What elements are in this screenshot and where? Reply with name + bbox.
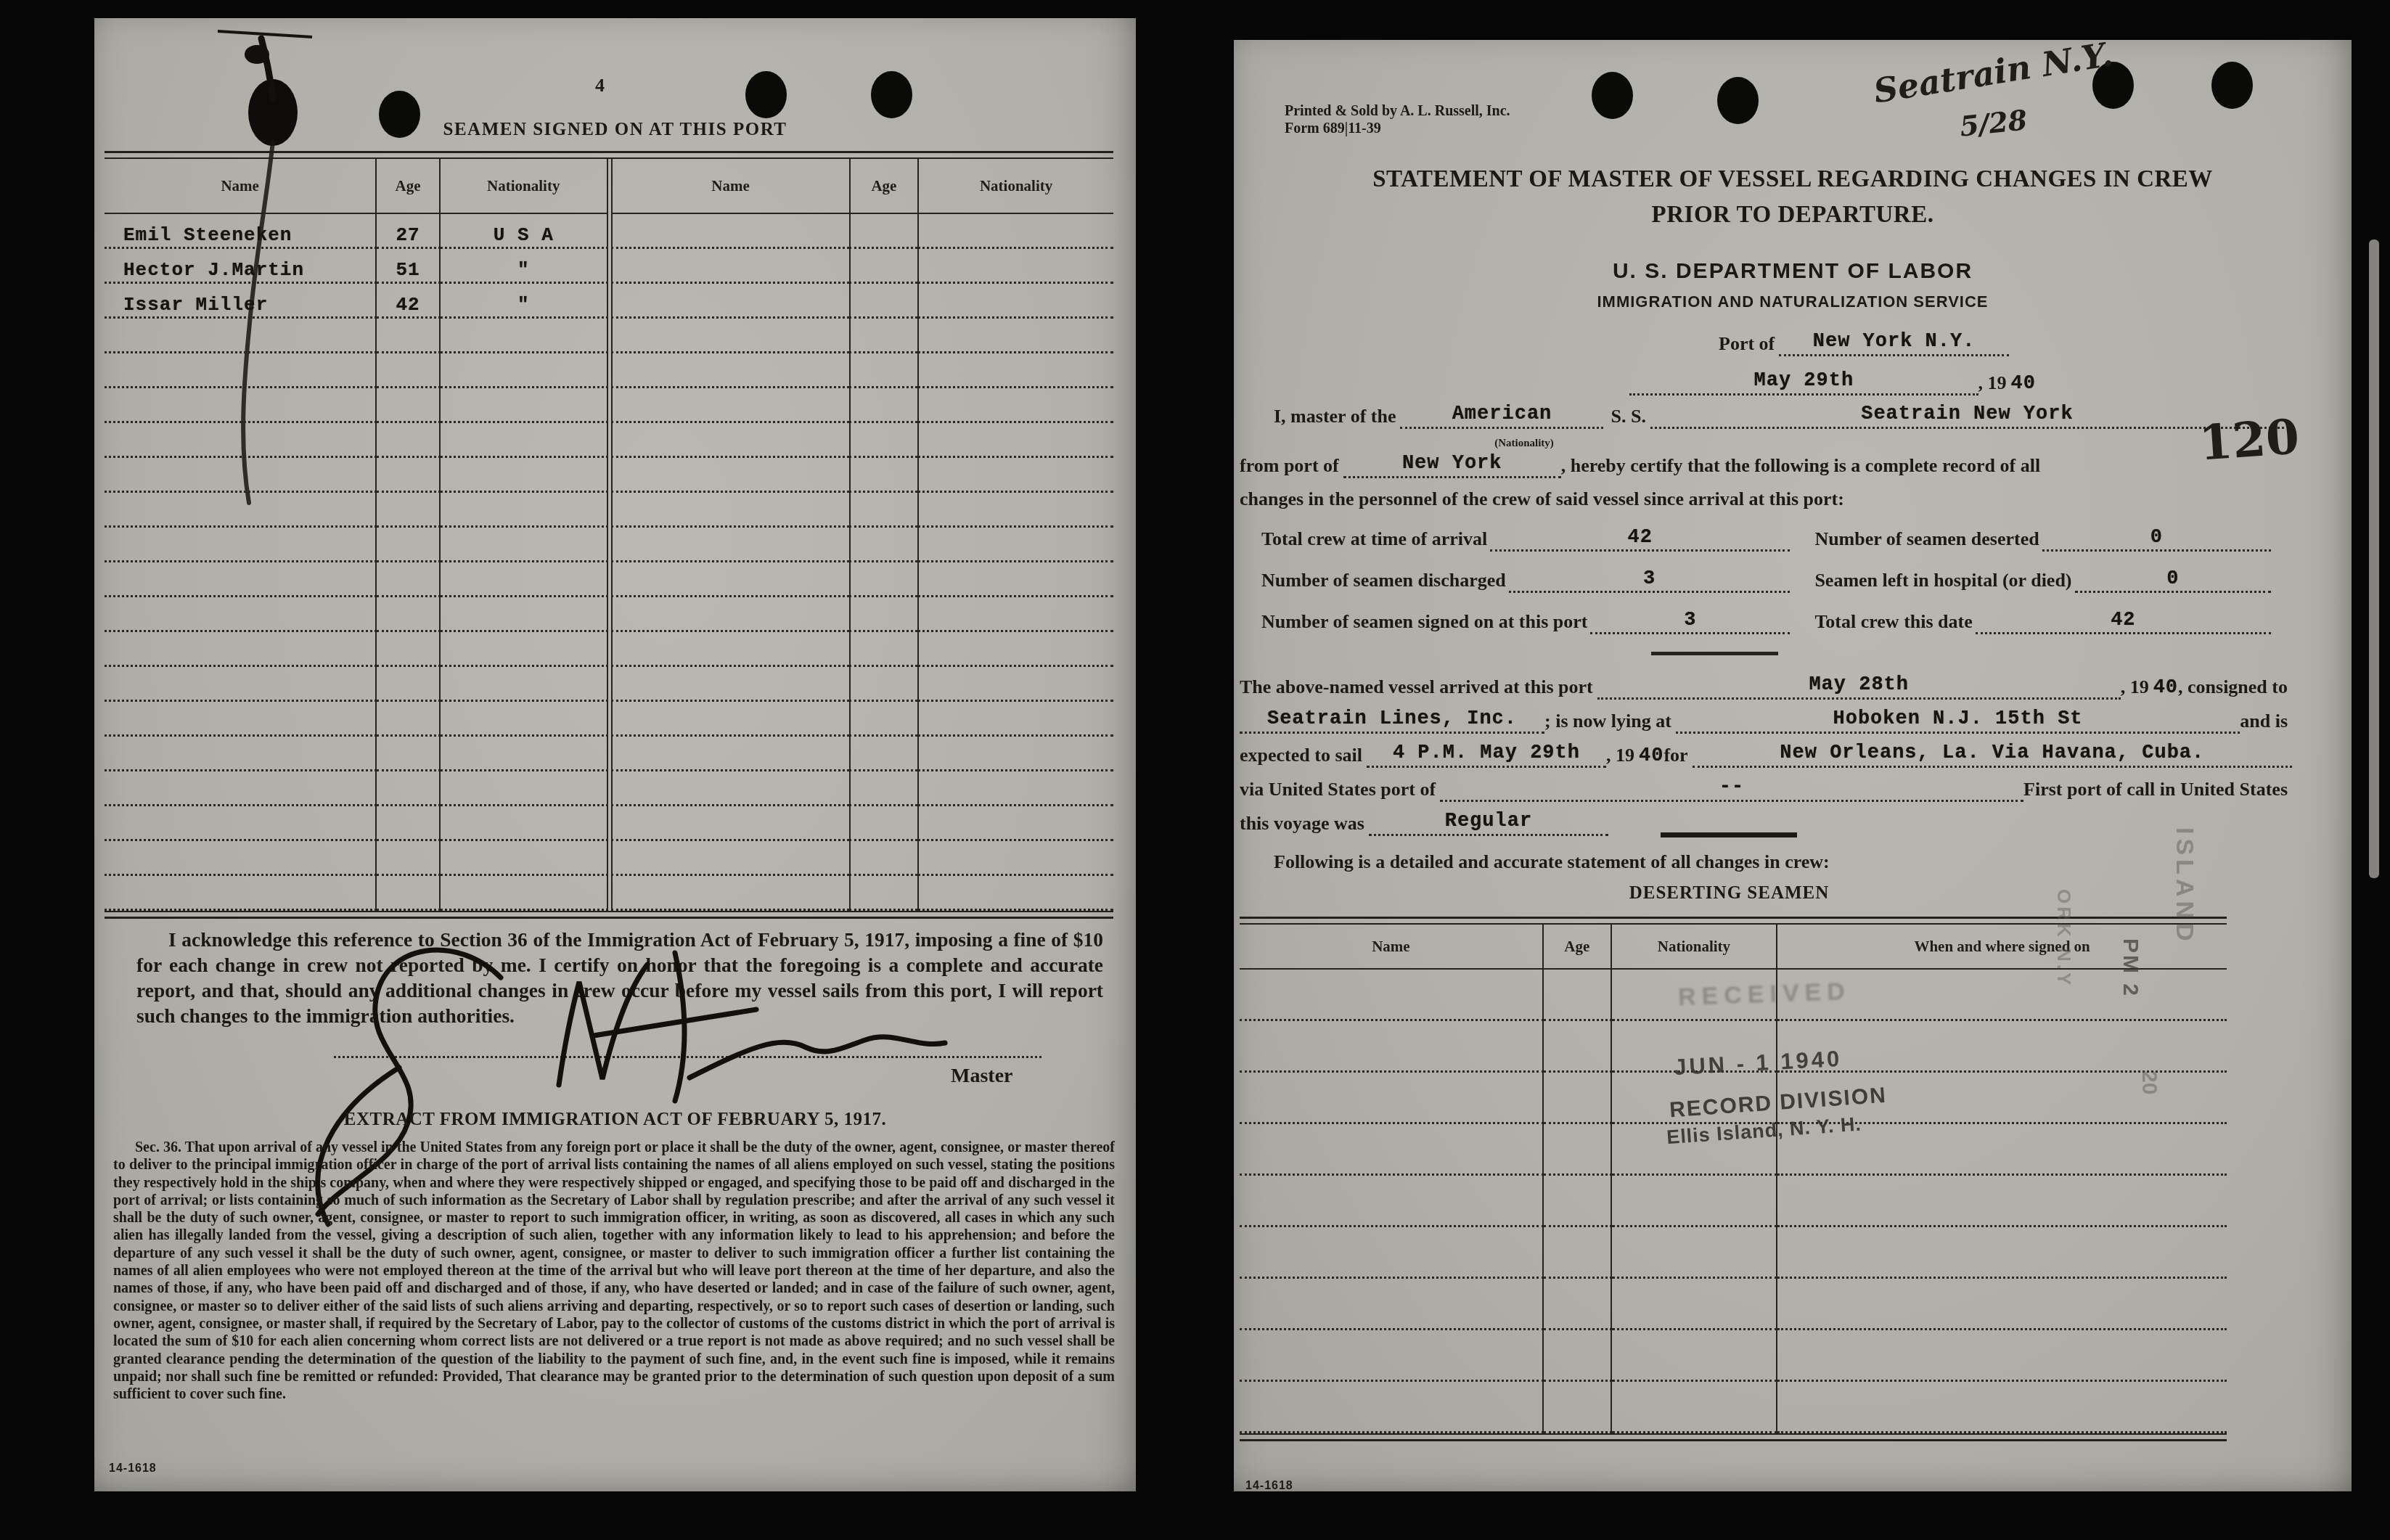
arrival-text: , consigned to	[2178, 676, 2292, 700]
arrived-date-field: May 28th	[1597, 672, 2121, 700]
handwritten-date-note: 5/28	[1958, 103, 2029, 142]
table-row: Hector J.Martin 51 "	[105, 249, 1113, 284]
table-row	[105, 632, 1113, 667]
stat-item: Total crew at time of arrival 42	[1261, 510, 1814, 552]
table-row	[1240, 1176, 2227, 1227]
stat-label: Total crew at time of arrival	[1261, 528, 1490, 552]
signed-on-table: Name Age Nationality Name Age Nationalit…	[105, 151, 1113, 919]
stat-value: 3	[1684, 610, 1696, 631]
table-row	[1240, 1279, 2227, 1330]
side-stamp-york: ORK N.Y	[2053, 889, 2075, 988]
seaman-name: Emil Steeneken	[105, 224, 292, 247]
service-heading: IMMIGRATION AND NATURALIZATION SERVICE	[1234, 292, 2352, 311]
stat-value: 3	[1643, 568, 1656, 590]
ss-label: S. S.	[1603, 406, 1650, 429]
vessel-value: Seatrain New York	[1861, 404, 2073, 426]
table-row	[105, 528, 1113, 562]
arrival-line-2: Seatrain Lines, Inc. ; is now lying at H…	[1240, 700, 2292, 734]
seaman-name: Issar Miller	[105, 294, 268, 316]
seaman-name: Hector J.Martin	[105, 259, 304, 282]
vessel-field: Seatrain New York	[1650, 401, 2284, 429]
stat-item: Number of seamen deserted 0	[1814, 510, 2296, 552]
document-title: STATEMENT OF MASTER OF VESSEL REGARDING …	[1234, 162, 2352, 233]
right-page: Printed & Sold by A. L. Russell, Inc. Fo…	[1234, 40, 2352, 1491]
seamen-rows: Emil Steeneken 27 U S A Hector J.Martin …	[105, 214, 1113, 319]
port-label: Port of	[1719, 333, 1779, 356]
page-number: 4	[595, 75, 605, 97]
table-row	[105, 667, 1113, 702]
date-field: May 29th	[1629, 368, 1978, 396]
signature-line	[334, 1056, 1041, 1058]
stat-value: 0	[2150, 527, 2163, 549]
table-row	[105, 737, 1113, 771]
stat-label: Number of seamen deserted	[1814, 528, 2042, 552]
us-port-value: --	[1719, 777, 1744, 799]
column-header: Name	[105, 159, 377, 214]
printer-line1: Printed & Sold by A. L. Russell, Inc.	[1285, 102, 1510, 120]
table-header-row: Name Age Nationality When and where sign…	[1240, 925, 2227, 970]
table-top-rule	[105, 151, 1113, 159]
table-row	[105, 771, 1113, 806]
port-field: New York N.Y.	[1779, 329, 2009, 356]
port-value: New York N.Y.	[1813, 331, 1976, 353]
table-header-row: Name Age Nationality Name Age Nationalit…	[105, 159, 1113, 214]
acknowledgment-paragraph: I acknowledge this reference to Section …	[136, 927, 1103, 1028]
stat-field: 0	[2075, 565, 2271, 593]
form-code: 14-1618	[1245, 1480, 1293, 1493]
scan-edge-artifact	[2369, 239, 2379, 878]
table-row	[105, 702, 1113, 737]
following-line: Following is a detailed and accurate sta…	[1274, 851, 1830, 873]
stat-label: Total crew this date	[1814, 611, 1975, 634]
deserting-seamen-title: DESERTING SEAMEN	[1234, 883, 2225, 904]
arrival-text: , 19	[1606, 745, 1639, 768]
punch-hole	[2211, 62, 2253, 109]
printer-imprint: Printed & Sold by A. L. Russell, Inc. Fo…	[1285, 102, 1510, 137]
table-row	[105, 493, 1113, 528]
stat-value: 0	[2166, 568, 2179, 590]
stat-value: 42	[1628, 527, 1653, 549]
column-header: Nationality	[917, 159, 1113, 214]
table-row	[105, 388, 1113, 423]
stat-label: Number of seamen signed on at this port	[1261, 611, 1590, 634]
port-line: Port of New York N.Y.	[1719, 329, 2009, 356]
table-row	[105, 353, 1113, 388]
title-line2: PRIOR TO DEPARTURE.	[1234, 197, 2352, 233]
column-header: Name	[1240, 925, 1544, 970]
printer-line2: Form 689|11-39	[1285, 120, 1510, 137]
master-prefix: I, master of the	[1274, 406, 1400, 429]
left-page: 4 SEAMEN SIGNED ON AT THIS PORT Name Age…	[94, 18, 1136, 1491]
seaman-nationality: "	[517, 259, 530, 282]
arrival-text: , 19	[2121, 676, 2153, 700]
column-header: Nationality	[441, 159, 608, 214]
stat-value: 42	[2111, 610, 2135, 631]
scanned-document: 4 SEAMEN SIGNED ON AT THIS PORT Name Age…	[0, 0, 2390, 1540]
lying-at-value: Hoboken N.J. 15th St	[1833, 708, 2082, 731]
stat-field: 42	[1490, 524, 1790, 552]
sail-year-value: 40	[1639, 745, 1663, 768]
extract-heading: EXTRACT FROM IMMIGRATION ACT OF FEBRUARY…	[94, 1110, 1136, 1130]
table-row	[105, 841, 1113, 876]
arrival-line-1: The above-named vessel arrived at this p…	[1240, 665, 2292, 700]
divider-rule	[1651, 652, 1778, 655]
table-bottom-rule	[105, 911, 1113, 919]
punch-hole	[1717, 77, 1759, 124]
arrival-line-5: this voyage was Regular	[1240, 802, 2292, 836]
table-row	[105, 319, 1113, 353]
voyage-type-value: Regular	[1445, 811, 1532, 833]
column-header: Name	[611, 159, 849, 214]
consignee-value: Seatrain Lines, Inc.	[1267, 708, 1517, 731]
empty-rows	[1240, 970, 2227, 1433]
table-row	[1240, 1227, 2227, 1279]
title-line1: STATEMENT OF MASTER OF VESSEL REGARDING …	[1234, 162, 2352, 197]
seaman-nationality: U S A	[494, 224, 554, 247]
seaman-age: 42	[396, 294, 420, 316]
crew-statistics: Total crew at time of arrival 42 Number …	[1261, 510, 2296, 634]
side-stamp-number: 20	[2137, 1070, 2161, 1094]
seaman-nationality: "	[517, 294, 530, 316]
seaman-age: 51	[396, 259, 420, 282]
column-header: Age	[1544, 925, 1612, 970]
table-row	[1240, 1330, 2227, 1382]
stat-field: 3	[1590, 607, 1790, 634]
arrived-date-value: May 28th	[1809, 674, 1909, 697]
arrival-text: ; is now lying at	[1544, 710, 1676, 734]
arrival-text: and is	[2240, 710, 2292, 734]
section-36-text: Sec. 36. That upon arrival of any vessel…	[113, 1139, 1115, 1403]
master-line: I, master of the American S. S. Seatrain…	[1274, 401, 2284, 429]
voyage-type-field: Regular	[1369, 808, 1608, 836]
from-port-value: New York	[1402, 453, 1502, 475]
destination-field: New Orleans, La. Via Havana, Cuba.	[1693, 740, 2292, 768]
stat-item: Number of seamen discharged 3	[1261, 552, 1814, 593]
date-year-prefix: , 19	[1978, 372, 2011, 396]
stat-field: 3	[1509, 565, 1791, 593]
nationality-value: American	[1452, 404, 1552, 426]
table-row: Issar Miller 42 "	[105, 284, 1113, 319]
us-port-field: --	[1440, 774, 2023, 802]
ghost-received-stamp: RECEIVED	[1677, 978, 1851, 1012]
lying-at-field: Hoboken N.J. 15th St	[1676, 706, 2240, 734]
form-code: 14-1618	[109, 1462, 157, 1475]
table-row	[105, 806, 1113, 841]
arrival-line-4: via United States port of -- First port …	[1240, 768, 2292, 802]
stat-label: Seamen left in hospital (or died)	[1814, 570, 2074, 593]
certify-text: , hereby certify that the following is a…	[1561, 455, 2045, 478]
punch-hole	[1592, 72, 1633, 119]
side-stamp-pm: PM 2	[2118, 938, 2143, 998]
destination-value: New Orleans, La. Via Havana, Cuba.	[1780, 742, 2204, 765]
sail-time-value: 4 P.M. May 29th	[1393, 742, 1580, 765]
empty-rows	[105, 319, 1113, 911]
nationality-field: American	[1400, 401, 1603, 429]
arrival-text: for	[1663, 745, 1692, 768]
arrival-text: via United States port of	[1240, 779, 1440, 802]
table-top-rule	[1240, 917, 2227, 925]
arrival-text: First port of call in United States	[2023, 779, 2292, 802]
column-header: Nationality	[1612, 925, 1777, 970]
date-value: May 29th	[1753, 370, 1854, 393]
changes-line: changes in the personnel of the crew of …	[1240, 488, 1844, 510]
arrival-text: expected to sail	[1240, 745, 1367, 768]
arrival-line-3: expected to sail 4 P.M. May 29th , 19 40…	[1240, 734, 2292, 768]
table-bottom-rule	[1240, 1433, 2227, 1441]
master-label: Master	[951, 1065, 1013, 1088]
from-port-label: from port of	[1240, 455, 1343, 478]
from-port-field: New York	[1343, 451, 1561, 478]
table-row	[105, 597, 1113, 632]
date-line: May 29th , 19 40	[1629, 368, 2036, 396]
table-row	[105, 458, 1113, 493]
handwritten-vessel-note: Seatrain N.Y.	[1871, 34, 2116, 110]
table-row	[105, 562, 1113, 597]
stat-item: Seamen left in hospital (or died) 0	[1814, 552, 2296, 593]
department-heading: U. S. DEPARTMENT OF LABOR	[1234, 259, 2352, 284]
handwritten-number: 120	[2197, 408, 2301, 471]
seaman-age: 27	[396, 224, 420, 247]
arrived-year-value: 40	[2153, 677, 2178, 700]
arrival-text: this voyage was	[1240, 813, 1369, 836]
arrival-text: The above-named vessel arrived at this p…	[1240, 676, 1597, 700]
left-page-title: SEAMEN SIGNED ON AT THIS PORT	[94, 120, 1136, 140]
side-stamp-island: ISLAND	[2170, 827, 2198, 946]
stat-item: Total crew this date 42	[1814, 593, 2296, 634]
date-year-value: 40	[2011, 373, 2036, 396]
arrival-statement: The above-named vessel arrived at this p…	[1240, 665, 2292, 836]
table-row	[105, 876, 1113, 911]
sail-time-field: 4 P.M. May 29th	[1367, 740, 1606, 768]
column-header: Age	[377, 159, 441, 214]
consignee-field: Seatrain Lines, Inc.	[1240, 706, 1544, 734]
table-row	[105, 423, 1113, 458]
nationality-caption: (Nationality)	[1419, 438, 1629, 450]
table-row: Emil Steeneken 27 U S A	[105, 214, 1113, 249]
column-header: Age	[849, 159, 918, 214]
stat-label: Number of seamen discharged	[1261, 570, 1509, 593]
stat-item: Number of seamen signed on at this port …	[1261, 593, 1814, 634]
table-row	[1240, 1382, 2227, 1433]
bold-divider-rule	[1661, 832, 1797, 837]
column-header: When and where signed on	[1777, 925, 2227, 970]
stat-field: 0	[2042, 524, 2271, 552]
from-port-line: from port of New York , hereby certify t…	[1240, 451, 2292, 478]
stat-field: 42	[1976, 607, 2271, 634]
